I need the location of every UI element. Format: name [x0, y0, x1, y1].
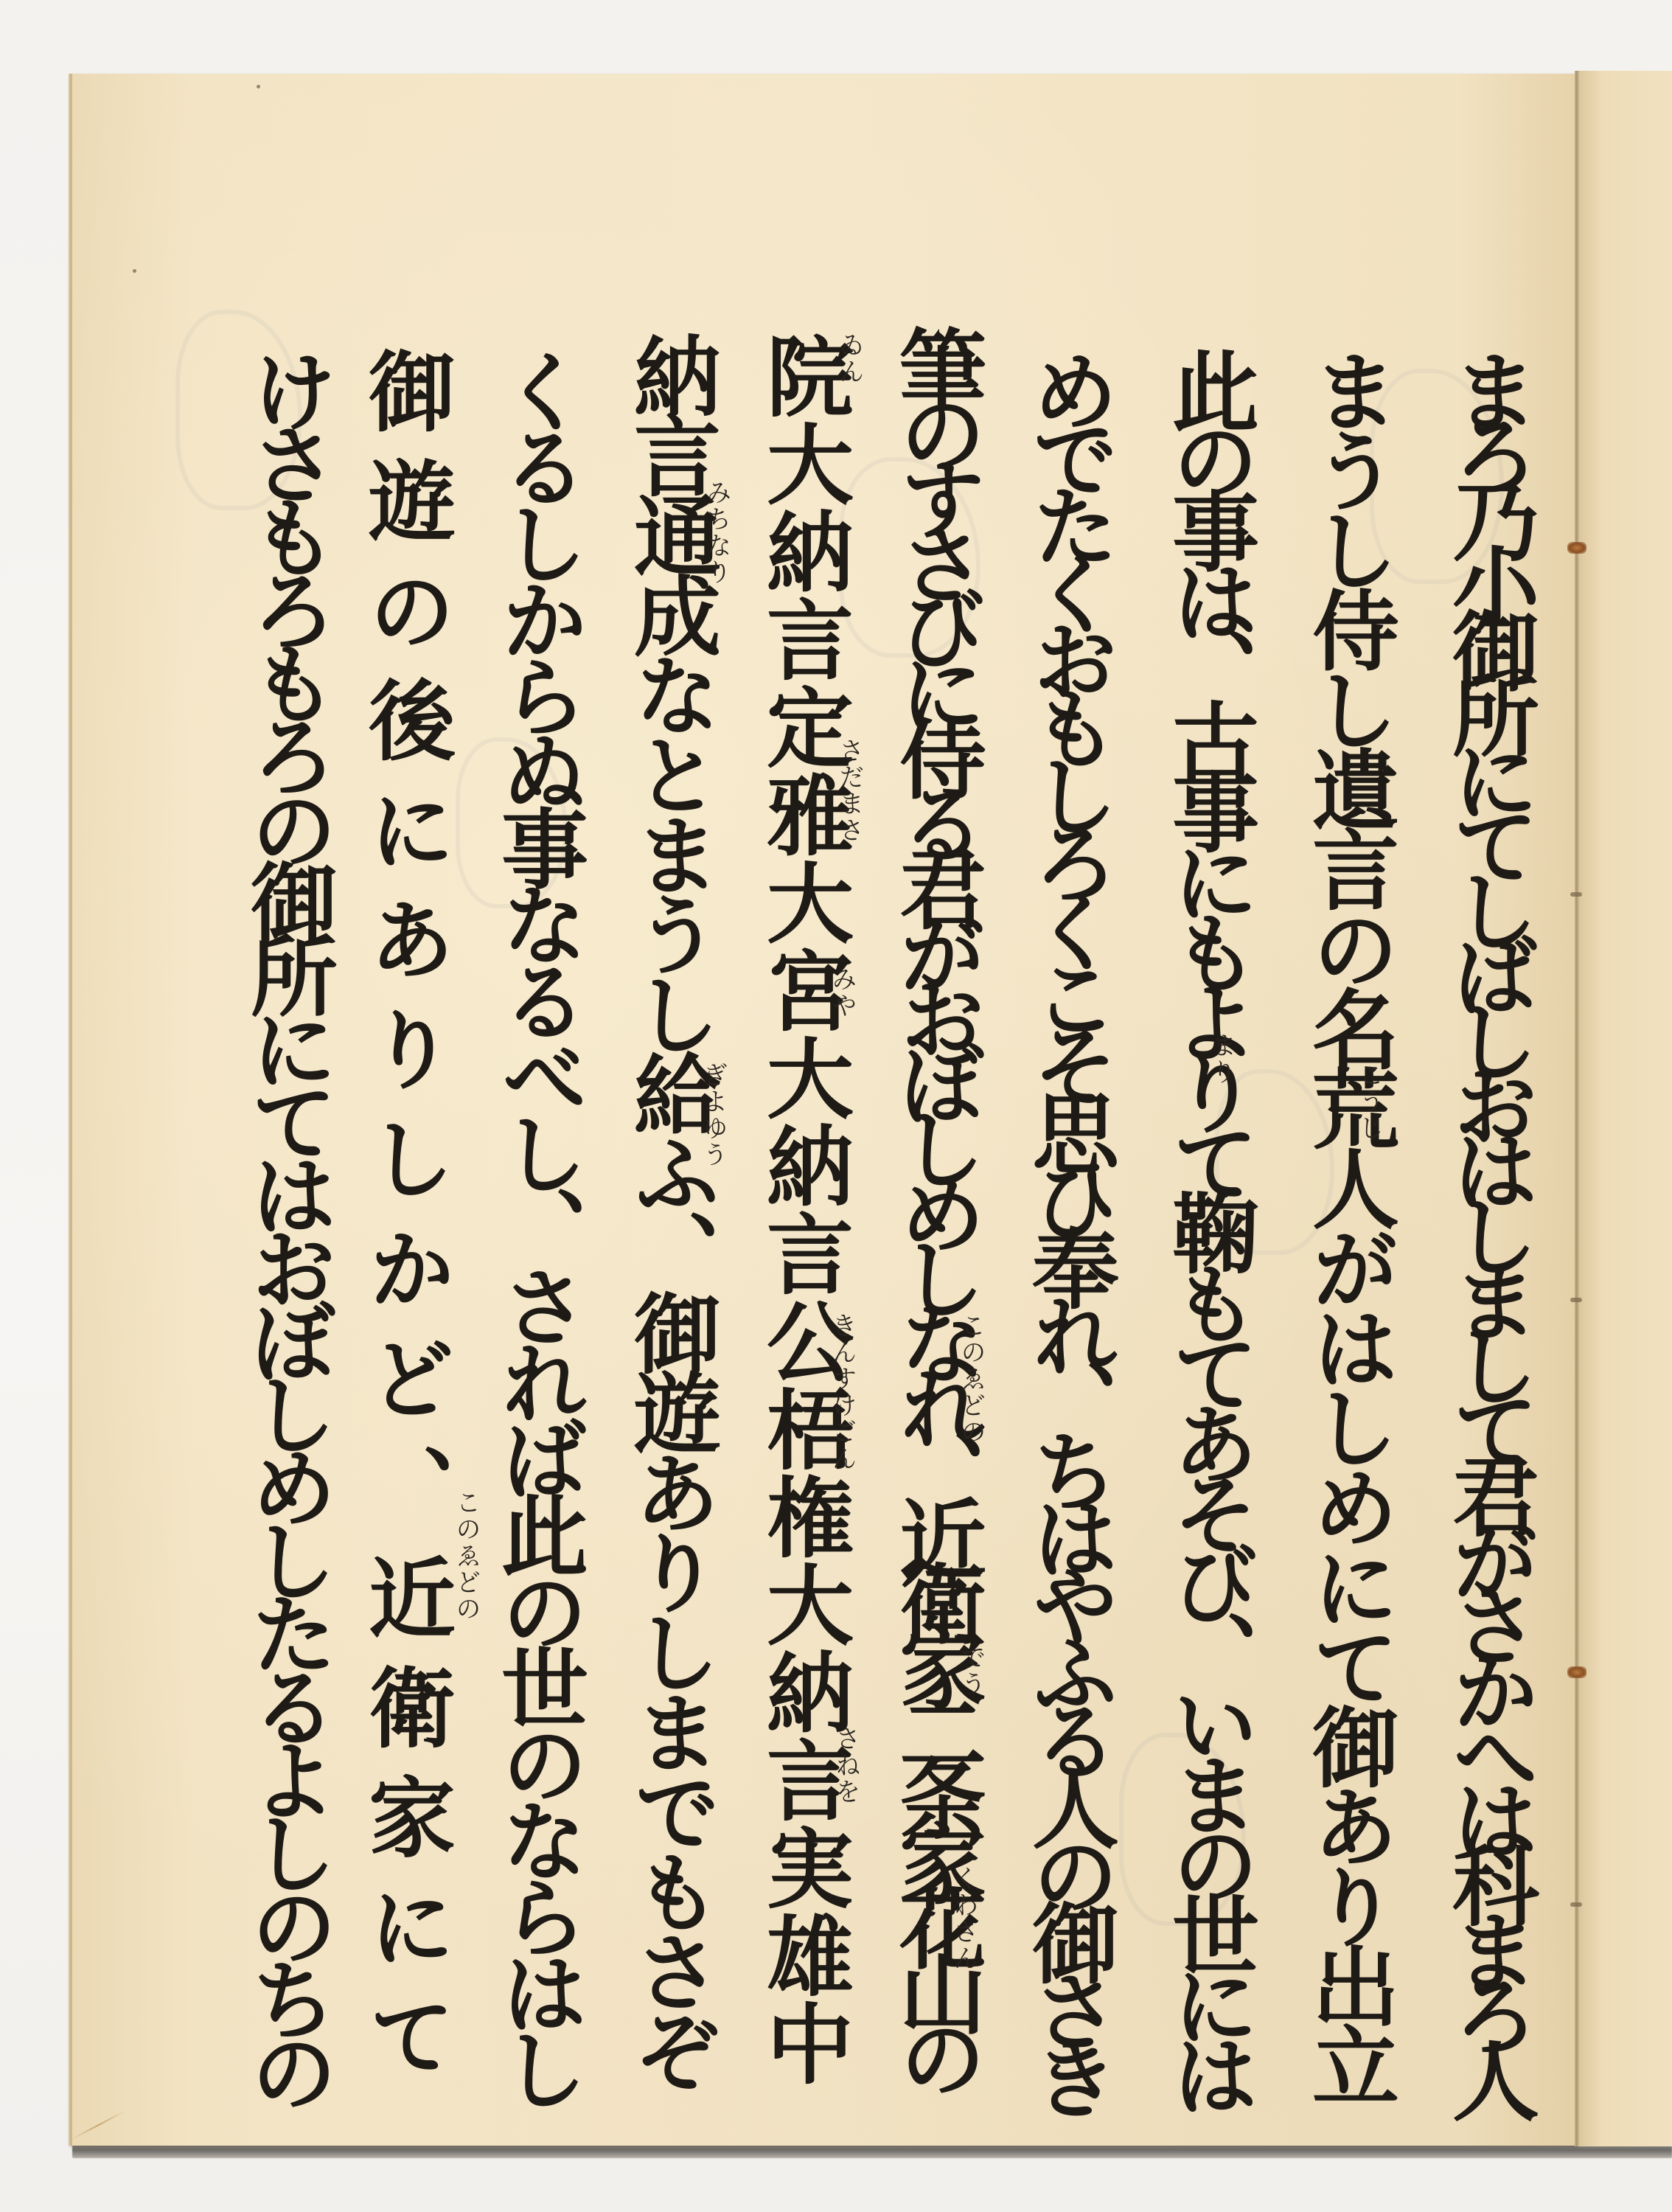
- text-column-10: けさもろもろの御所にてはおぼしめしたるよしのちの: [243, 347, 330, 2101]
- furigana-win: ゐん: [837, 332, 862, 385]
- text-column-4: めでたくおもしろくこそ思ひ奉れ、ちはやふる人の御さき: [1025, 347, 1112, 2101]
- furigana-sadamasa: さだまさ: [837, 737, 862, 844]
- text-column-5: 筆のすさびに侍る君がおぼしめしなれ、近衛家二条家花山の: [892, 324, 979, 2079]
- binding-hole: [1570, 1902, 1582, 1907]
- page-fold: [1575, 71, 1579, 2146]
- furigana-kinsukegon: きんすけごん: [829, 1312, 854, 1472]
- paper-speck: [257, 85, 260, 88]
- furigana-konoedono-2: このゑどの: [453, 1489, 478, 1622]
- photo-scene: まろ乃小御所にてしばしおはしまして君がさかへは科まろ人 まうし侍し遺言の名荒人が…: [0, 0, 1672, 2212]
- furigana-kouji: こうじ: [1356, 1062, 1382, 1141]
- text-column-9: 御遊の後にありしかど、近衛家にて: [361, 347, 448, 2101]
- text-column-2: まうし侍し遺言の名荒人がはしめにて御あり出立: [1305, 347, 1392, 2101]
- binding-hole: [1570, 892, 1582, 897]
- furigana-konoedono: このゑどの: [958, 1312, 983, 1445]
- furigana-michinari: みちなり: [704, 479, 729, 585]
- binding-stitch: [1567, 1666, 1586, 1678]
- furigana-mari: まり: [1209, 1032, 1234, 1085]
- text-column-8: くるしからぬ事なるべし、されば此の世のならはし: [494, 347, 581, 2101]
- paper-crease: [72, 2111, 125, 2140]
- furigana-saneo: さねを: [833, 1725, 858, 1805]
- paper-speck: [133, 269, 136, 273]
- furigana-miya: みや: [829, 966, 854, 1019]
- text-column-6: 院大納言定雅大宮大納言公梧権大納言実雄中: [759, 332, 846, 2087]
- text-column-7: 納言通成なとまうし給ふ、御遊ありしまでもさぞ: [627, 332, 714, 2087]
- furigana-deu: でう: [958, 1644, 983, 1697]
- furigana-kuwasan: くわさん: [951, 1865, 976, 1972]
- binding-hole: [1570, 1298, 1582, 1302]
- facing-page-edge: [1579, 71, 1672, 2146]
- text-column-1: まろ乃小御所にてしばしおはしまして君がさかへは科まろ人: [1445, 347, 1532, 2101]
- text-column-3: 此の事は、古事にもよりて鞠もてあそび、いまの世には: [1165, 347, 1252, 2101]
- furigana-gyoyuu: ぎよゆう: [700, 1062, 725, 1168]
- binding-stitch: [1567, 542, 1586, 554]
